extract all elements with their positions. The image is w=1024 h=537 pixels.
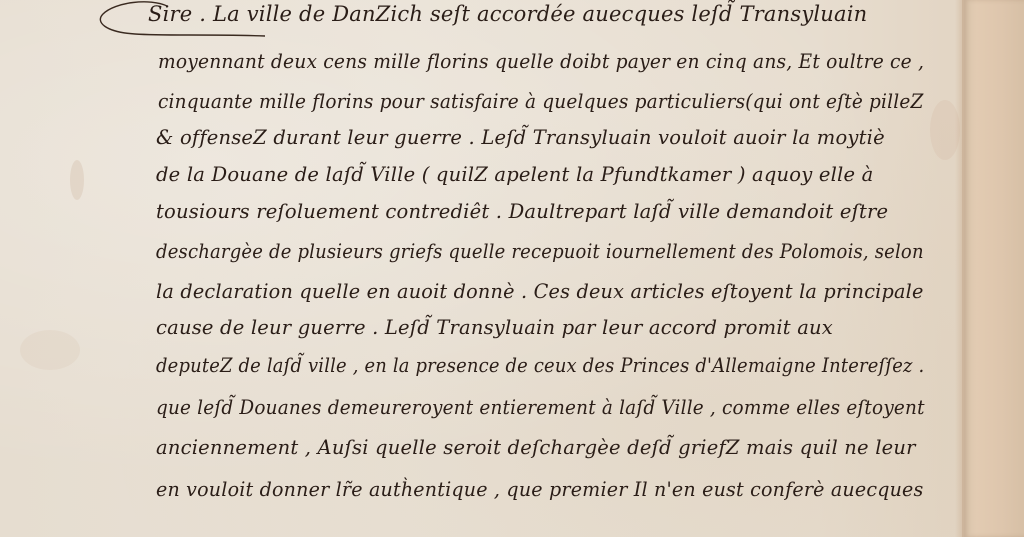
manuscript-line-4: & offenseZ durant leur guerre . Leſd̃ Tr…	[156, 126, 885, 149]
manuscript-line-3: cinquante mille florins pour satisfaire …	[158, 90, 924, 113]
manuscript-line-11: que leſd̃ Douanes demeureroyent entierem…	[156, 396, 925, 419]
manuscript-line-13: en vouloit donner lr̃e auth̀entique , qu…	[156, 478, 924, 501]
manuscript-line-12: anciennement , Auſsi quelle seroit deſch…	[156, 436, 916, 459]
manuscript-line-5: de la Douane de laſd̃ Ville ( quilZ apel…	[156, 163, 873, 186]
manuscript-line-7: deschargèe de plusieurs griefs quelle re…	[156, 240, 924, 263]
manuscript-line-2: moyennant deux cens mille florins quelle…	[158, 50, 924, 73]
manuscript-text: Sire . La ville de DanZich seſt accordée…	[0, 0, 1024, 537]
manuscript-line-1: Sire . La ville de DanZich seſt accordée…	[148, 2, 867, 26]
manuscript-line-8: la declaration quelle en auoit donnè . C…	[156, 280, 924, 303]
manuscript-line-6: tousiours reſoluement contrediêt . Dault…	[156, 200, 888, 223]
manuscript-line-9: cause de leur guerre . Leſd̃ Transyluain…	[156, 316, 833, 339]
manuscript-line-10: deputeZ de laſd̃ ville , en la presence …	[156, 354, 924, 377]
manuscript-page: Sire . La ville de DanZich seſt accordée…	[0, 0, 1024, 537]
